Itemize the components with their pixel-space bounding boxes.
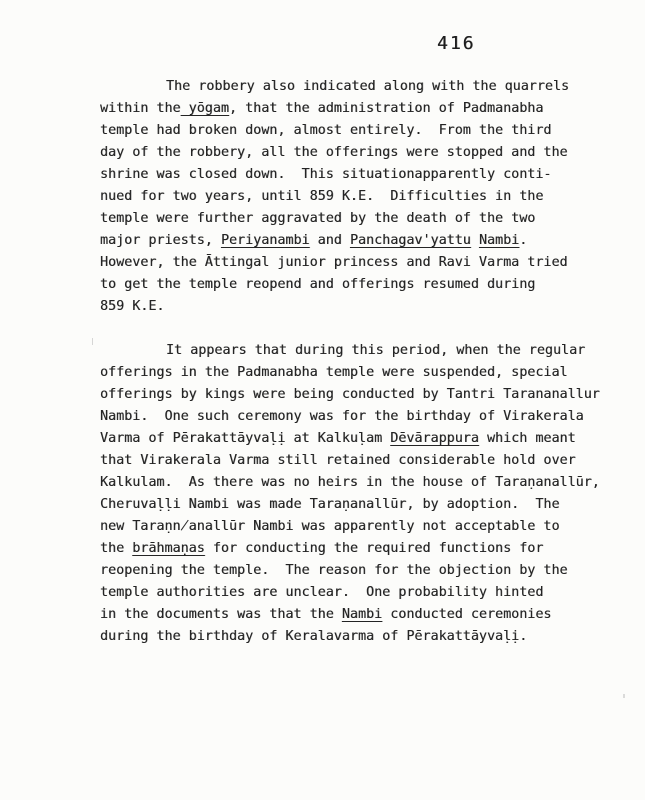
text-line: during the birthday of Keralavarma of Pē… [100, 626, 620, 648]
text-segment: offerings by kings were being conducted … [100, 387, 600, 402]
text-segment: The robbery also indicated along with th… [166, 79, 569, 94]
text-line: 859 K.E. [100, 296, 620, 318]
text-line: Varma of Pērakattāyvaḷị at Kalkuḷam Dēvā… [100, 428, 620, 450]
text-line: offerings by kings were being conducted … [100, 384, 620, 406]
underlined-term: brāhmaṇas [132, 541, 205, 556]
paragraph: The robbery also indicated along with th… [100, 76, 620, 318]
text-line: new Taraṇn̸anallūr Nambi was apparently … [100, 516, 620, 538]
text-segment: Nambi. One such ceremony was for the bir… [100, 409, 584, 424]
text-line: Kalkulam. As there was no heirs in the h… [100, 472, 620, 494]
text-segment: and [310, 233, 350, 248]
text-segment: Varma of Pērakattāyvaḷị at Kalkuḷam [100, 431, 390, 446]
document-body: The robbery also indicated along with th… [100, 76, 620, 648]
text-line: within the yōgam, that the administratio… [100, 98, 620, 120]
text-segment: , that the administration of Padmanabha [229, 101, 543, 116]
text-segment: during the birthday of Keralavarma of Pē… [100, 629, 527, 644]
text-line: Cheruvaḷḷi Nambi was made Taraṇanallūr, … [100, 494, 620, 516]
text-segment: for conducting the required functions fo… [205, 541, 544, 556]
text-segment: nued for two years, until 859 K.E. Diffi… [100, 189, 543, 204]
text-segment: offerings in the Padmanabha temple were … [100, 365, 568, 380]
text-segment: the [100, 541, 132, 556]
scan-speck [623, 694, 625, 698]
text-line: temple authorities are unclear. One prob… [100, 582, 620, 604]
text-line: major priests, Periyanambi and Panchagav… [100, 230, 620, 252]
underlined-term: Nambi [479, 233, 519, 248]
text-line: nued for two years, until 859 K.E. Diffi… [100, 186, 620, 208]
underlined-term: yōgam [181, 101, 229, 116]
text-line: to get the temple reopend and offerings … [100, 274, 620, 296]
text-line: the brāhmaṇas for conducting the require… [100, 538, 620, 560]
text-line: However, the Āttingal junior princess an… [100, 252, 620, 274]
text-segment: However, the Āttingal junior princess an… [100, 255, 568, 270]
text-segment: that Virakerala Varma still retained con… [100, 453, 576, 468]
text-segment: Kalkulam. As there was no heirs in the h… [100, 475, 600, 490]
underlined-term: Panchagav'yattu [350, 233, 471, 248]
text-line: that Virakerala Varma still retained con… [100, 450, 620, 472]
text-line: It appears that during this period, when… [100, 340, 620, 362]
text-segment: temple authorities are unclear. One prob… [100, 585, 543, 600]
text-segment: to get the temple reopend and offerings … [100, 277, 535, 292]
scan-speck [92, 338, 93, 345]
text-segment: within the [100, 101, 181, 116]
text-segment [471, 233, 479, 248]
text-line: reopening the temple. The reason for the… [100, 560, 620, 582]
text-segment: Cheruvaḷḷi Nambi was made Taraṇanallūr, … [100, 497, 560, 512]
text-line: Nambi. One such ceremony was for the bir… [100, 406, 620, 428]
text-segment: in the documents was that the [100, 607, 342, 622]
text-segment: major priests, [100, 233, 221, 248]
text-segment: day of the robbery, all the offerings we… [100, 145, 568, 160]
text-segment: shrine was closed down. This situationap… [100, 167, 551, 182]
document-page: 416 The robbery also indicated along wit… [0, 0, 645, 800]
text-line: day of the robbery, all the offerings we… [100, 142, 620, 164]
underlined-term: Dēvārappura [390, 431, 479, 446]
paragraph: It appears that during this period, when… [100, 340, 620, 648]
text-line: offerings in the Padmanabha temple were … [100, 362, 620, 384]
text-line: The robbery also indicated along with th… [100, 76, 620, 98]
text-segment: which meant [479, 431, 576, 446]
text-segment: temple had broken down, almost entirely.… [100, 123, 551, 138]
text-line: in the documents was that the Nambi cond… [100, 604, 620, 626]
page-number: 416 [437, 33, 476, 54]
text-segment: reopening the temple. The reason for the… [100, 563, 568, 578]
text-line: temple had broken down, almost entirely.… [100, 120, 620, 142]
text-segment: . [519, 233, 527, 248]
text-segment: It appears that during this period, when… [166, 343, 585, 358]
text-segment: temple were further aggravated by the de… [100, 211, 535, 226]
underlined-term: Nambi [342, 607, 382, 622]
text-segment: 859 K.E. [100, 299, 165, 314]
text-line: shrine was closed down. This situationap… [100, 164, 620, 186]
text-line: temple were further aggravated by the de… [100, 208, 620, 230]
text-segment: conducted ceremonies [382, 607, 551, 622]
text-segment: new Taraṇn̸anallūr Nambi was apparently … [100, 519, 560, 534]
underlined-term: Periyanambi [221, 233, 310, 248]
